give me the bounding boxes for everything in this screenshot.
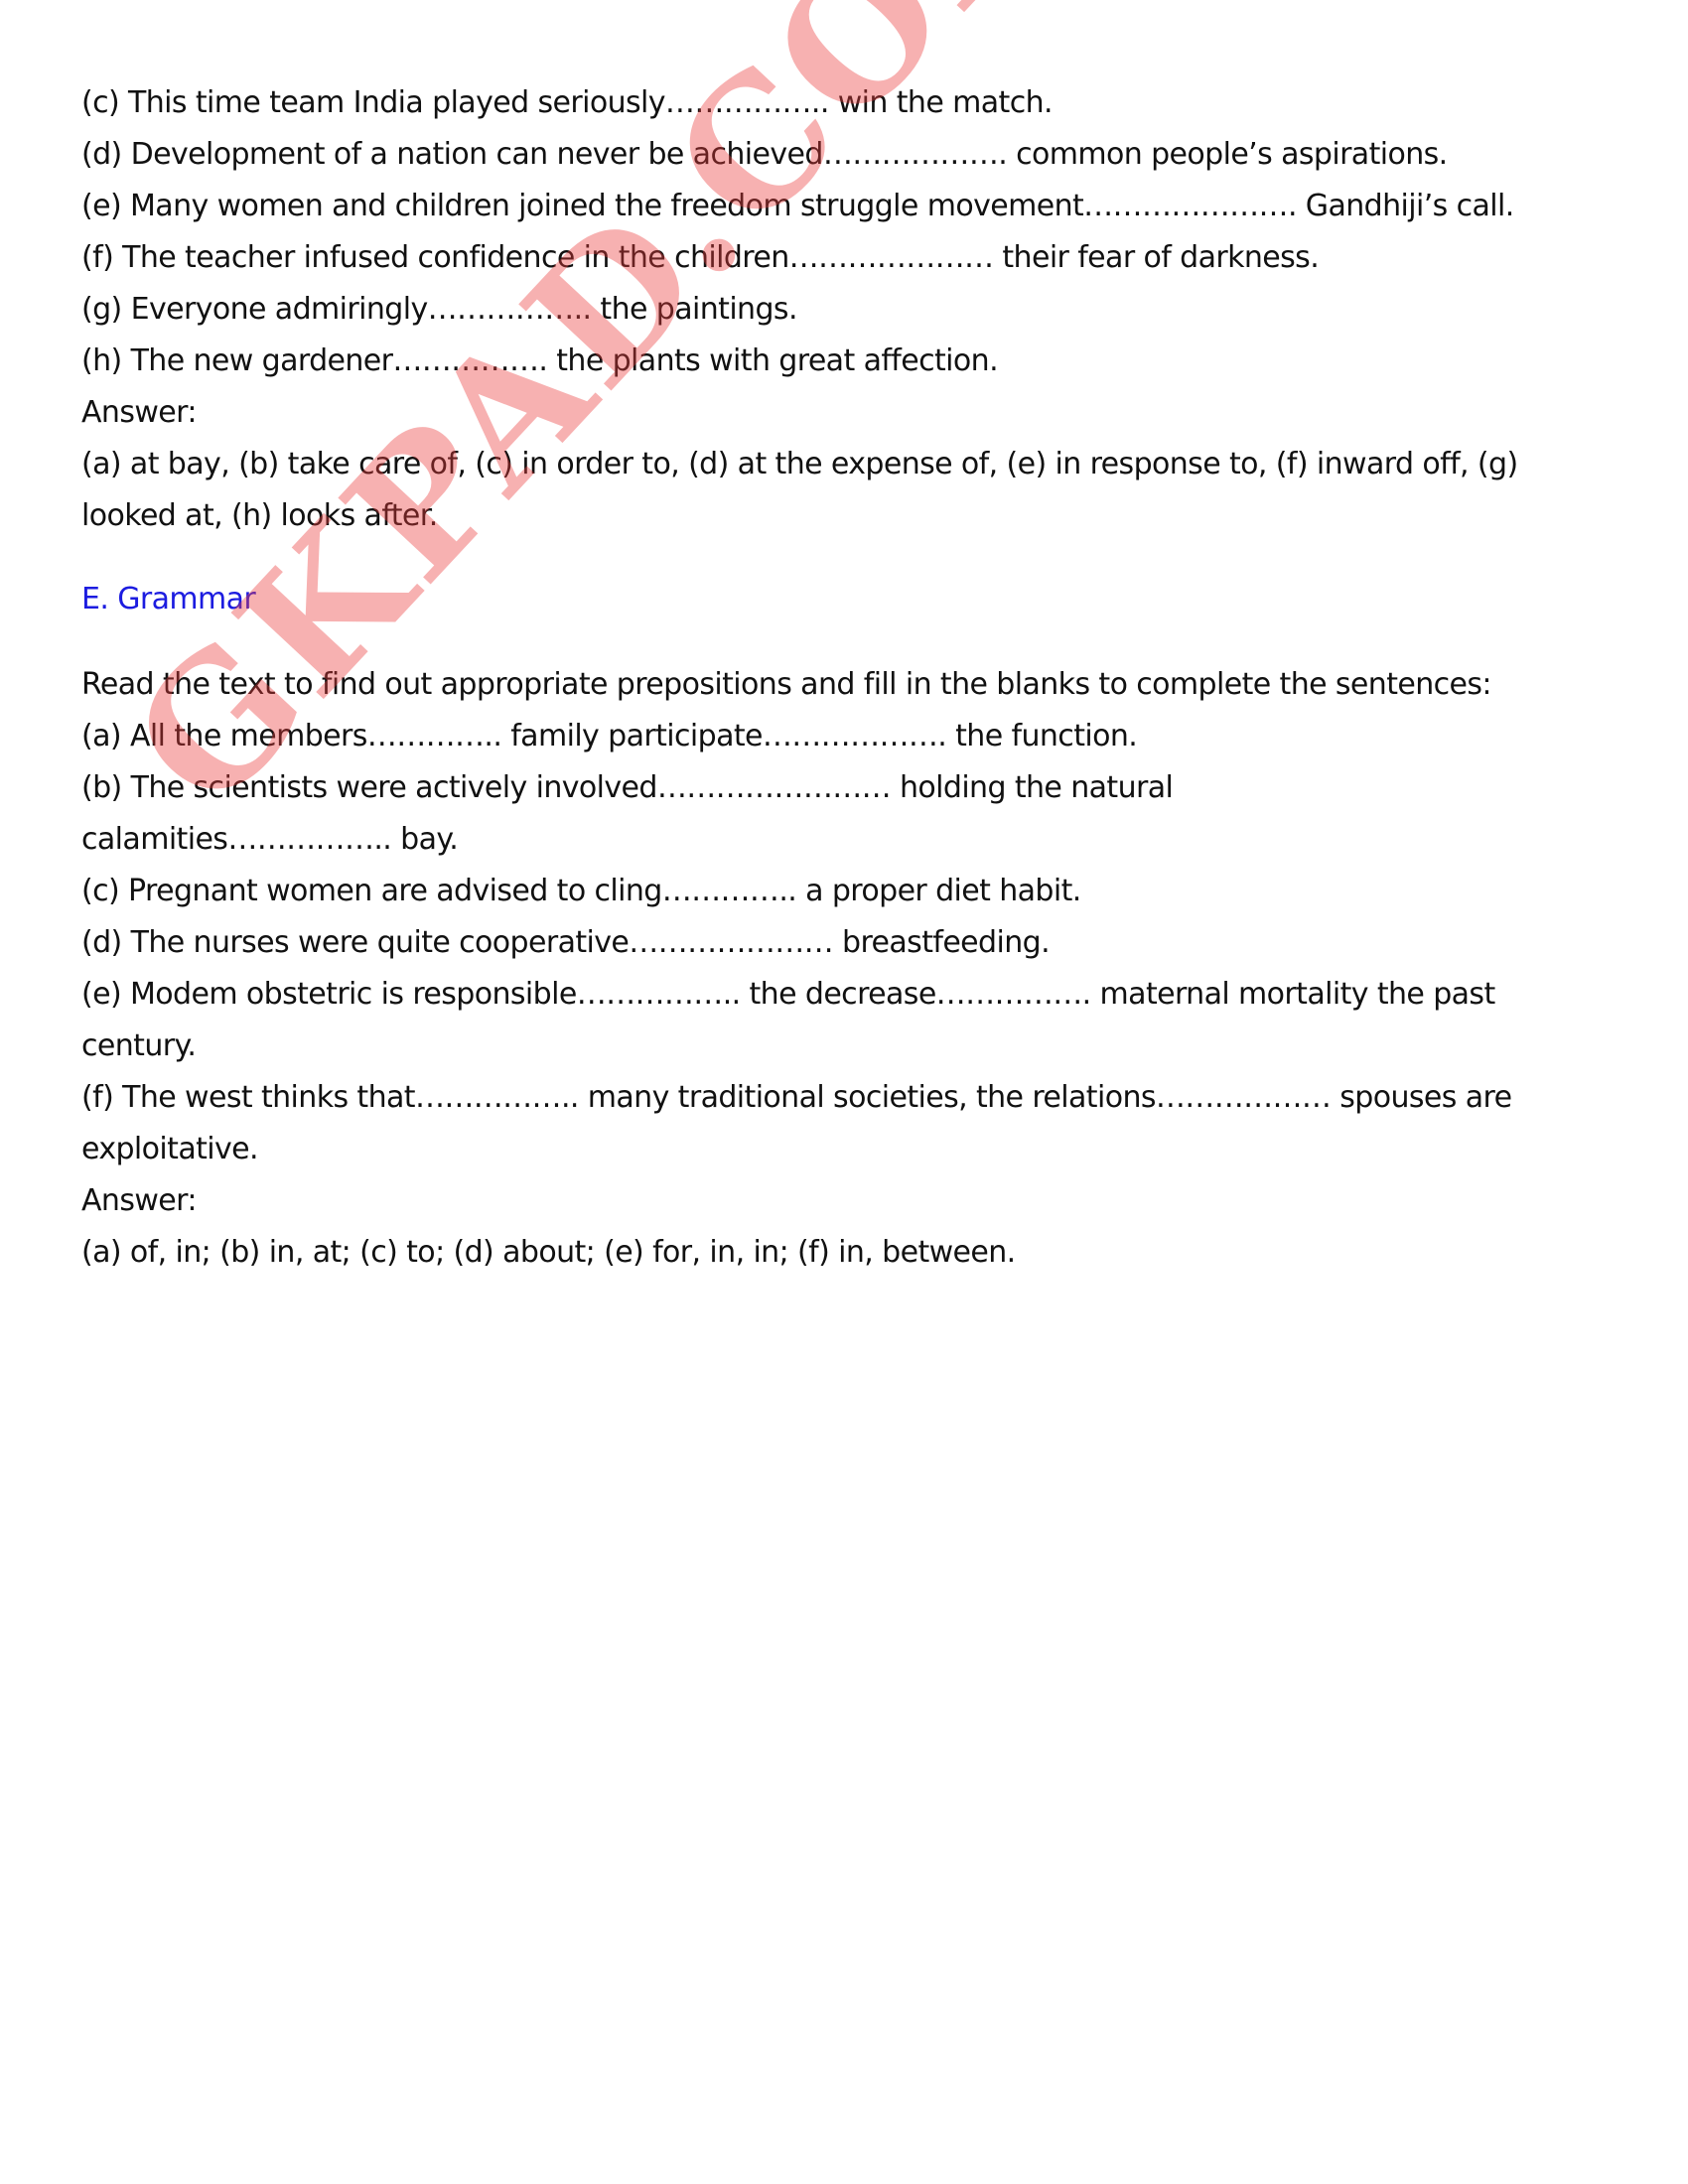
exercise-item-h: (h) The new gardener……………. the plants wi…	[81, 336, 1630, 387]
item-text: The new gardener……………. the plants with g…	[131, 343, 998, 378]
item-text: The teacher infused confidence in the ch…	[122, 240, 1319, 275]
item-text: The scientists were actively involved…………	[81, 770, 1173, 857]
exercise-item-b: (b) The scientists were actively involve…	[81, 762, 1303, 866]
answer-text: (a) at bay, (b) take care of, (c) in ord…	[81, 439, 1581, 542]
instruction-text: Read the text to find out appropriate pr…	[81, 659, 1630, 711]
exercise-item-f: (f) The west thinks that…………….. many tra…	[81, 1072, 1611, 1175]
answer-label: Answer:	[81, 387, 1630, 439]
exercise-item-a: (a) All the members………….. family partici…	[81, 711, 1630, 762]
item-text: Everyone admiringly…………….. the paintings…	[131, 292, 797, 327]
exercise-item-e: (e) Modem obstetric is responsible…………….…	[81, 969, 1571, 1072]
exercise-item-d: (d) The nurses were quite cooperative…………	[81, 917, 1630, 969]
exercise-item-g: (g) Everyone admiringly…………….. the paint…	[81, 284, 1630, 336]
exercise-d-list: (c) This time team India played seriousl…	[81, 77, 1630, 542]
exercise-item-f: (f) The teacher infused confidence in th…	[81, 232, 1630, 284]
item-label: (h)	[81, 343, 122, 378]
item-label: (g)	[81, 292, 122, 327]
document-page: (c) This time team India played seriousl…	[81, 77, 1630, 1279]
item-label: (d)	[81, 137, 122, 172]
item-text: The nurses were quite cooperative……………………	[131, 925, 1050, 960]
item-label: (c)	[81, 85, 119, 120]
item-text: Modem obstetric is responsible…………….. th…	[81, 977, 1495, 1063]
item-text: The west thinks that…………….. many traditi…	[81, 1080, 1511, 1166]
item-label: (c)	[81, 874, 119, 908]
item-label: (f)	[81, 240, 113, 275]
item-label: (e)	[81, 189, 121, 223]
item-label: (e)	[81, 977, 121, 1012]
item-label: (b)	[81, 770, 122, 805]
exercise-e-list: Read the text to find out appropriate pr…	[81, 659, 1630, 1279]
answer-label: Answer:	[81, 1175, 1630, 1227]
item-text: All the members………….. family participate…	[130, 719, 1137, 753]
exercise-item-c: (c) Pregnant women are advised to cling……	[81, 866, 1630, 917]
item-text: This time team India played seriously…………	[128, 85, 1053, 120]
section-heading: E. Grammar	[81, 574, 1630, 625]
exercise-item-e: (e) Many women and children joined the f…	[81, 181, 1581, 232]
answer-text: (a) of, in; (b) in, at; (c) to; (d) abou…	[81, 1227, 1630, 1279]
item-label: (f)	[81, 1080, 113, 1115]
item-label: (a)	[81, 719, 121, 753]
item-label: (d)	[81, 925, 122, 960]
item-text: Development of a nation can never be ach…	[131, 137, 1448, 172]
exercise-item-d: (d) Development of a nation can never be…	[81, 129, 1630, 181]
exercise-item-c: (c) This time team India played seriousl…	[81, 77, 1571, 129]
item-text: Many women and children joined the freed…	[130, 189, 1514, 223]
item-text: Pregnant women are advised to cling………….…	[128, 874, 1081, 908]
